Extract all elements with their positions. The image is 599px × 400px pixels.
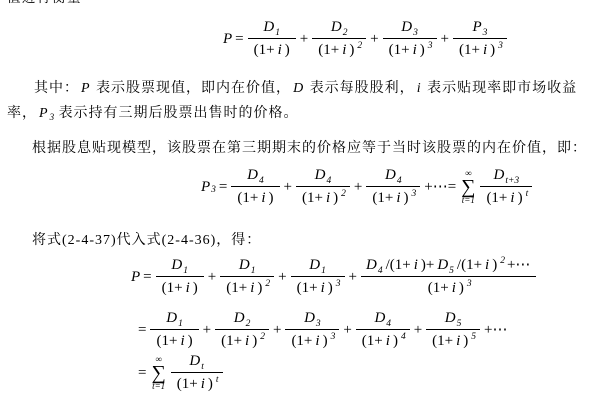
formula-expanded-line-1: P=D1(1+i)+D1(1+i)2+D1(1+i)3+D4/(1+i)+D5/… xyxy=(130,256,538,297)
sigma-glyph: ∑ xyxy=(461,178,475,196)
fraction: D1(1+i) xyxy=(150,309,198,350)
math-token: ) xyxy=(463,332,468,350)
math-token: (1+ xyxy=(221,332,242,350)
math-token: D xyxy=(304,309,315,327)
fraction-denominator: (1+i)t xyxy=(171,373,223,393)
clipped-text-run: 值进行衡量 xyxy=(7,0,82,5)
math-token: (1+ xyxy=(432,332,453,350)
fraction-numerator: D5 xyxy=(426,309,480,330)
math-token: 3 xyxy=(413,28,418,39)
math-token: ) xyxy=(328,279,333,297)
fraction: D4/(1+i)+D5/(1+i)2+⋯(1+i)3 xyxy=(361,256,536,297)
math-token: D xyxy=(171,256,182,274)
fraction-numerator: D4 xyxy=(231,166,279,187)
math-token: 3 xyxy=(412,189,417,200)
math-token: ) xyxy=(420,41,425,59)
math-token: 3 xyxy=(428,41,433,52)
math-token: 3 xyxy=(467,279,472,290)
math-token: ) xyxy=(492,256,497,274)
math-token: = xyxy=(143,268,151,286)
text-run: 表示持有三期后股票出售时的价格。 xyxy=(54,106,299,121)
fraction-denominator: (1+i)3 xyxy=(285,330,339,350)
fraction-denominator: (1+i)3 xyxy=(291,277,345,297)
summation-symbol: ∞∑t=1 xyxy=(151,355,165,391)
text-run: 其中： xyxy=(34,81,79,96)
math-token: i xyxy=(261,189,265,207)
math-token: 1 xyxy=(321,266,326,277)
math-token: (1+ xyxy=(318,41,339,59)
fraction-numerator: D4 xyxy=(296,166,350,187)
math-token: 1 xyxy=(275,28,280,39)
fraction: D5(1+i)5 xyxy=(426,309,480,350)
fraction: D4(1+i)2 xyxy=(296,166,350,207)
fraction: D2(1+i)2 xyxy=(312,18,366,59)
fraction: D1(1+i) xyxy=(156,256,204,297)
fraction: D1(1+i) xyxy=(248,18,296,59)
fraction-numerator: D1 xyxy=(248,18,296,39)
math-token: 4 xyxy=(378,266,383,277)
math-token: 4 xyxy=(397,176,402,187)
math-token: ) xyxy=(269,189,274,207)
math-token: 3 xyxy=(483,28,488,39)
fraction: D3(1+i)3 xyxy=(285,309,339,350)
fraction-numerator: D4 xyxy=(356,309,410,330)
fraction: D4(1+i) xyxy=(231,166,279,207)
fraction-numerator: Dt xyxy=(171,352,223,373)
fraction-numerator: D3 xyxy=(285,309,339,330)
text-run: 率， xyxy=(7,106,37,121)
fraction-denominator: (1+i)t xyxy=(480,187,532,207)
math-token: D xyxy=(366,256,377,274)
fraction-denominator: (1+i)2 xyxy=(296,187,350,207)
math-token: (1+ xyxy=(428,279,449,297)
math-token: )+ xyxy=(421,256,434,274)
math-token: i xyxy=(342,41,346,59)
math-token: t+3 xyxy=(505,176,519,187)
math-token: ) xyxy=(333,189,338,207)
math-token: i xyxy=(386,332,390,350)
math-token: (1+ xyxy=(362,332,383,350)
math-token: +⋯= xyxy=(424,178,456,196)
math-token: 2 xyxy=(260,332,265,343)
fraction-numerator: D4/(1+i)+D5/(1+i)2+⋯ xyxy=(361,256,536,277)
math-token: ) xyxy=(349,41,354,59)
math-token: P xyxy=(131,268,140,286)
fraction-numerator: D2 xyxy=(312,18,366,39)
clipped-paragraph-text: 值进行衡量 xyxy=(7,0,82,6)
math-token: D xyxy=(374,309,385,327)
math-token: 1 xyxy=(251,266,256,277)
fraction-denominator: (1+i)3 xyxy=(366,187,420,207)
math-token: ) xyxy=(393,332,398,350)
math-token: 5 xyxy=(471,332,476,343)
fraction-denominator: (1+i)3 xyxy=(383,39,437,59)
math-token: i xyxy=(180,332,184,350)
math-token: (1+ xyxy=(237,189,258,207)
inline-math-variable: P xyxy=(79,81,92,96)
math-token: (1+ xyxy=(389,41,410,59)
math-token: D xyxy=(401,18,412,36)
math-token: ) xyxy=(404,189,409,207)
paragraph-variable-definitions-line1: 其中：P 表示股票现值，即内在价值，D 表示每股股利，i 表示贴现率即市场收益 xyxy=(34,79,577,99)
fraction-denominator: (1+i)3 xyxy=(361,277,536,297)
math-token: 3 xyxy=(498,41,503,52)
fraction-denominator: (1+i)2 xyxy=(220,277,274,297)
math-token: i xyxy=(186,279,190,297)
math-token: D xyxy=(445,309,456,327)
math-token: + xyxy=(300,30,308,48)
math-token: ) xyxy=(208,375,213,393)
math-token: ) xyxy=(252,332,257,350)
math-token: D xyxy=(166,309,177,327)
math-token: i xyxy=(250,279,254,297)
inline-math-variable: D xyxy=(291,81,305,96)
fraction-denominator: (1+i)3 xyxy=(453,39,507,59)
math-token: + xyxy=(278,268,286,286)
math-token: ) xyxy=(323,332,328,350)
formula-p3-terminal-price: P3=D4(1+i)+D4(1+i)2+D4(1+i)3+⋯=∞∑t=1Dt+3… xyxy=(200,166,534,207)
math-token: 3 xyxy=(211,185,216,196)
math-token: i xyxy=(483,41,487,59)
math-token: P xyxy=(223,30,232,48)
math-token: 2 xyxy=(341,189,346,200)
math-token: i xyxy=(485,256,489,274)
math-token: ) xyxy=(518,189,523,207)
math-token: i xyxy=(510,189,514,207)
math-token: + xyxy=(343,321,351,339)
math-token: ) xyxy=(257,279,262,297)
fraction-numerator: D1 xyxy=(156,256,204,277)
math-token: 3 xyxy=(331,332,336,343)
inline-math-variable: i xyxy=(415,81,423,96)
summation-lower-limit: t=1 xyxy=(462,196,475,205)
fraction-denominator: (1+i)4 xyxy=(356,330,410,350)
math-token: (1+ xyxy=(459,41,480,59)
text-run: 表示股票现值，即内在价值， xyxy=(92,81,292,96)
math-token: + xyxy=(370,30,378,48)
math-token: D xyxy=(385,166,396,184)
fraction: D2(1+i)2 xyxy=(215,309,269,350)
math-token: (1+ xyxy=(372,189,393,207)
fraction-numerator: D4 xyxy=(366,166,420,187)
inline-math-variable: P xyxy=(37,106,50,121)
math-token: D xyxy=(437,256,448,274)
sigma-glyph: ∑ xyxy=(151,364,165,382)
math-token: 3 xyxy=(316,319,321,330)
math-token: (1+ xyxy=(226,279,247,297)
fraction-numerator: P3 xyxy=(453,18,507,39)
math-token: D xyxy=(309,256,320,274)
math-token: ) xyxy=(285,41,290,59)
math-token: 4 xyxy=(326,176,331,187)
math-token: i xyxy=(201,375,205,393)
fraction-numerator: D2 xyxy=(215,309,269,330)
fraction-numerator: Dt+3 xyxy=(480,166,532,187)
math-token: (1+ xyxy=(297,279,318,297)
math-token: P xyxy=(201,178,210,196)
math-token: i xyxy=(456,332,460,350)
math-token: +⋯ xyxy=(484,321,507,339)
math-token: 5 xyxy=(449,266,454,277)
summation-lower-limit: t=1 xyxy=(152,382,165,391)
formula-expanded-line-2: =D1(1+i)+D2(1+i)2+D3(1+i)3+D4(1+i)4+D5(1… xyxy=(136,309,510,350)
math-token: t xyxy=(526,189,529,200)
math-token: 2 xyxy=(500,256,505,267)
fraction: P3(1+i)3 xyxy=(453,18,507,59)
fraction-numerator: D1 xyxy=(220,256,274,277)
paragraph-dividend-discount-model: 根据股息贴现模型，该股票在第三期期末的价格应等于当时该股票的内在价值，即： xyxy=(32,139,587,159)
math-token: 2 xyxy=(357,41,362,52)
fraction: Dt+3(1+i)t xyxy=(480,166,532,207)
math-token: (1+ xyxy=(302,189,323,207)
math-token: ) xyxy=(193,279,198,297)
math-token: D xyxy=(247,166,258,184)
math-token: D xyxy=(263,18,274,36)
math-token: (1+ xyxy=(486,189,507,207)
math-token: = xyxy=(235,30,243,48)
fraction: D1(1+i)3 xyxy=(291,256,345,297)
fraction-denominator: (1+i) xyxy=(156,277,204,297)
math-token: i xyxy=(278,41,282,59)
math-token: 2 xyxy=(265,279,270,290)
fraction-numerator: D1 xyxy=(291,256,345,277)
fraction-denominator: (1+i)5 xyxy=(426,330,480,350)
math-token: i xyxy=(326,189,330,207)
text-run: 表示每股股利， xyxy=(305,81,415,96)
math-token: /(1+ xyxy=(457,256,482,274)
fraction-denominator: (1+i) xyxy=(231,187,279,207)
paragraph-substitution-note: 将式(2-4-37)代入式(2-4-36)，得： xyxy=(32,231,261,251)
text-run: 表示贴现率即市场收益 xyxy=(423,81,578,96)
math-token: + xyxy=(414,321,422,339)
math-token: 2 xyxy=(343,28,348,39)
math-token: D xyxy=(331,18,342,36)
math-token: (1+ xyxy=(162,279,183,297)
math-token: + xyxy=(354,178,362,196)
paragraph-variable-definitions-line2: 率，P3 表示持有三期后股票出售时的价格。 xyxy=(7,104,299,127)
math-token: i xyxy=(321,279,325,297)
math-token: + xyxy=(349,268,357,286)
summation-symbol: ∞∑t=1 xyxy=(461,169,475,205)
math-token: + xyxy=(441,30,449,48)
math-token: + xyxy=(273,321,281,339)
math-token: (1+ xyxy=(177,375,198,393)
math-token: D xyxy=(189,352,200,370)
math-token: 4 xyxy=(386,319,391,330)
fraction: D4(1+i)3 xyxy=(366,166,420,207)
fraction-numerator: D1 xyxy=(150,309,198,330)
math-token: D xyxy=(494,166,505,184)
fraction-denominator: (1+i)2 xyxy=(312,39,366,59)
math-token: i xyxy=(414,256,418,274)
math-token: + xyxy=(208,268,216,286)
math-token: = xyxy=(138,321,146,339)
math-token: D xyxy=(234,309,245,327)
formula-expanded-line-3: =∞∑t=1Dt(1+i)t xyxy=(136,352,225,393)
fraction-denominator: (1+i) xyxy=(248,39,296,59)
fraction: D3(1+i)3 xyxy=(383,18,437,59)
math-token: (1+ xyxy=(156,332,177,350)
math-token: (1+ xyxy=(291,332,312,350)
fraction-denominator: (1+i) xyxy=(150,330,198,350)
math-token: D xyxy=(315,166,326,184)
math-token: 4 xyxy=(259,176,264,187)
math-token: ) xyxy=(459,279,464,297)
formula-stock-present-value: P=D1(1+i)+D2(1+i)2+D3(1+i)3+P3(1+i)3 xyxy=(222,18,509,59)
math-token: ) xyxy=(490,41,495,59)
math-token: (1+ xyxy=(254,41,275,59)
math-token: i xyxy=(413,41,417,59)
math-token: 1 xyxy=(183,266,188,277)
math-token: 1 xyxy=(178,319,183,330)
math-token: i xyxy=(245,332,249,350)
math-token: i xyxy=(452,279,456,297)
math-token: +⋯ xyxy=(507,256,530,274)
math-token: 4 xyxy=(401,332,406,343)
math-token: P xyxy=(472,18,481,36)
math-token: = xyxy=(138,364,146,382)
math-token: ) xyxy=(188,332,193,350)
fraction-numerator: D3 xyxy=(383,18,437,39)
math-token: + xyxy=(284,178,292,196)
math-token: + xyxy=(203,321,211,339)
math-token: t xyxy=(201,362,204,373)
fraction: Dt(1+i)t xyxy=(171,352,223,393)
fraction: D1(1+i)2 xyxy=(220,256,274,297)
math-token: = xyxy=(219,178,227,196)
math-token: 2 xyxy=(246,319,251,330)
math-token: i xyxy=(396,189,400,207)
fraction: D4(1+i)4 xyxy=(356,309,410,350)
fraction-denominator: (1+i)2 xyxy=(215,330,269,350)
math-token: 3 xyxy=(336,279,341,290)
math-token: D xyxy=(239,256,250,274)
math-token: t xyxy=(216,375,219,386)
math-token: i xyxy=(315,332,319,350)
math-token: 5 xyxy=(457,319,462,330)
document-page: 值进行衡量 P=D1(1+i)+D2(1+i)2+D3(1+i)3+P3(1+i… xyxy=(0,0,599,400)
math-token: /(1+ xyxy=(386,256,411,274)
